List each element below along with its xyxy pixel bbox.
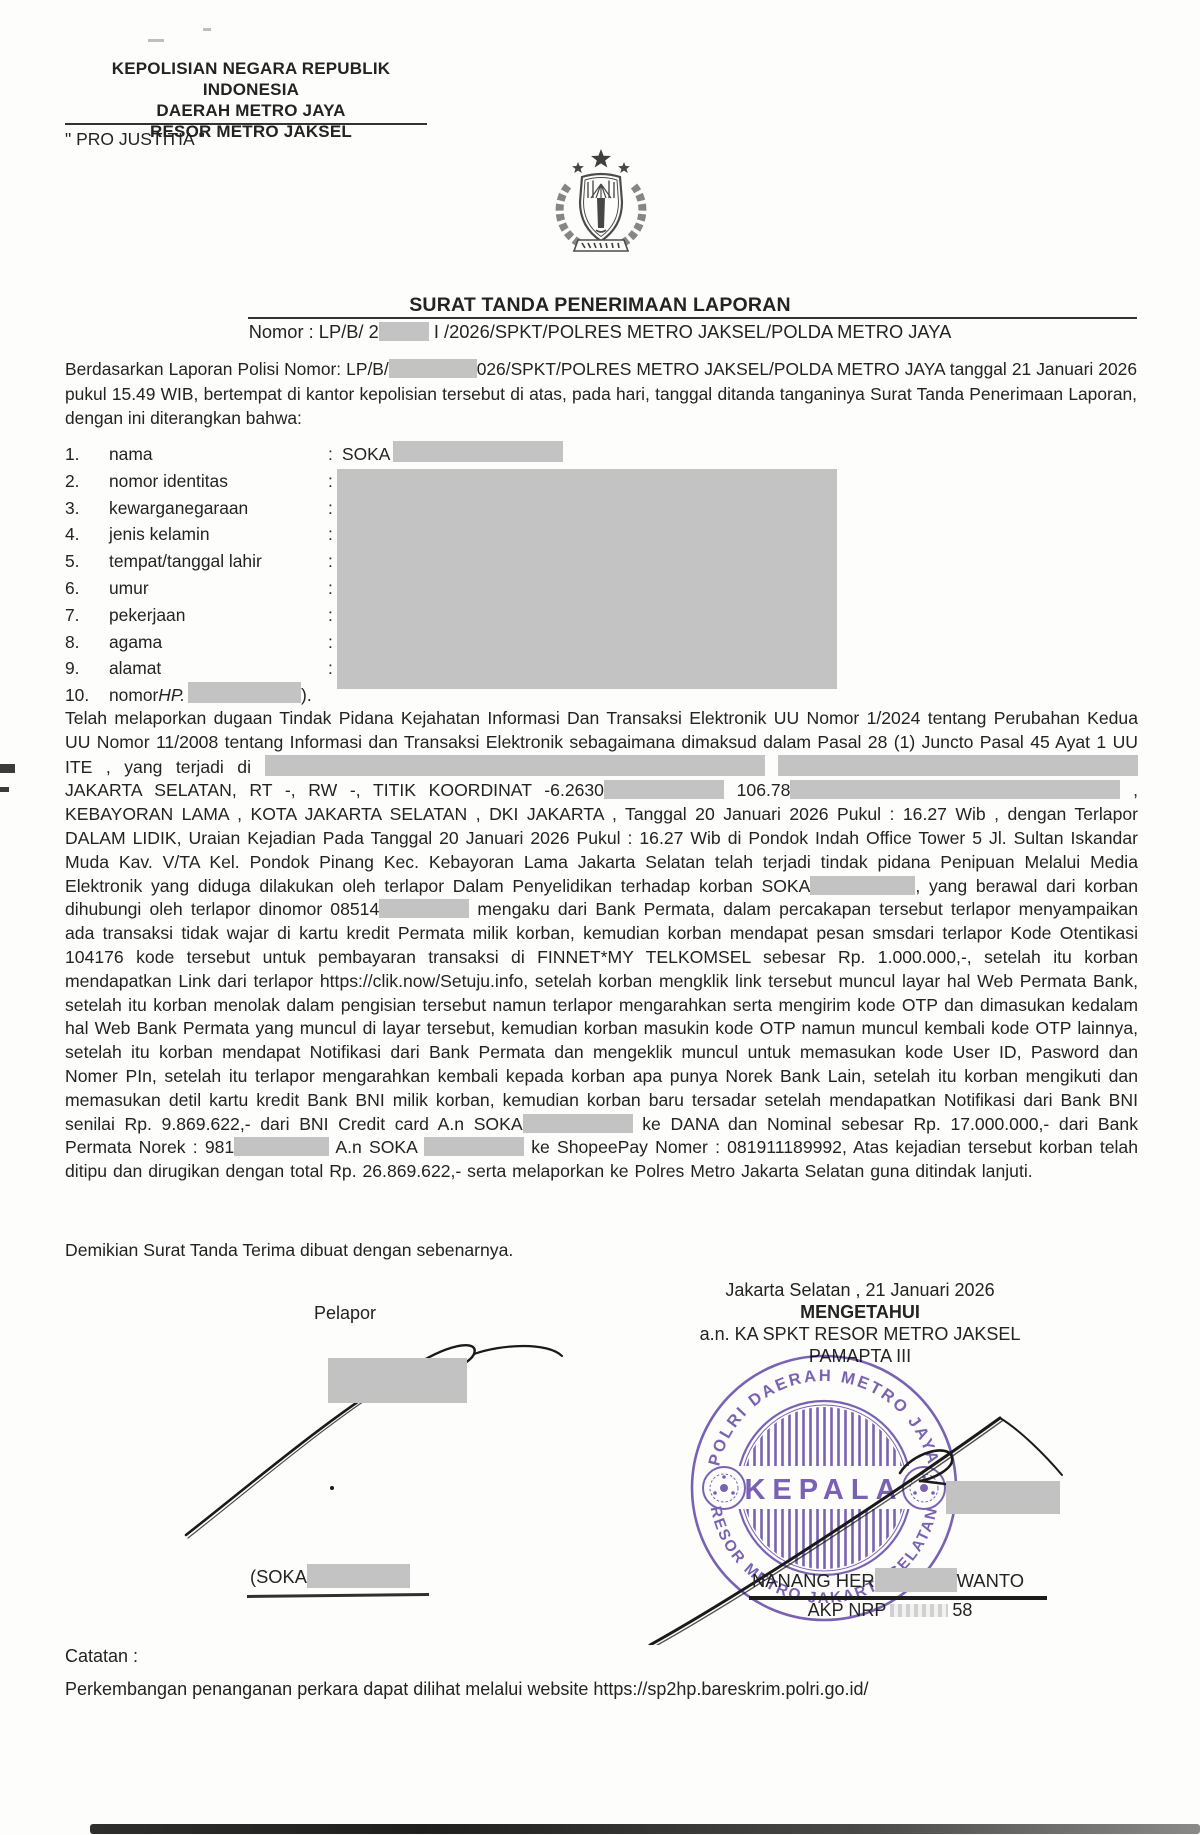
redaction-box xyxy=(265,755,765,776)
redaction-box xyxy=(875,1568,957,1592)
redaction-box xyxy=(234,1137,329,1156)
redaction-box xyxy=(389,359,477,378)
official-capacity-line: a.n. KA SPKT RESOR METRO JAKSEL xyxy=(600,1324,1120,1345)
redaction-box xyxy=(946,1481,1060,1514)
scan-artifact-bar xyxy=(90,1824,1200,1834)
redaction-box xyxy=(790,780,1120,799)
faded-nrp-digits xyxy=(890,1604,948,1617)
police-emblem xyxy=(538,146,664,258)
intro-paragraph: Berdasarkan Laporan Polisi Nomor: LP/B/0… xyxy=(65,357,1137,431)
place-date: Jakarta Selatan , 21 Januari 2026 xyxy=(600,1280,1120,1301)
redaction-box xyxy=(424,1137,524,1156)
scan-speck xyxy=(203,28,211,31)
scan-edge-mark xyxy=(0,787,9,792)
identity-row: 10.nomor HP.). xyxy=(65,682,1137,709)
title-underline xyxy=(248,317,1137,319)
body-paragraph: Telah melaporkan dugaan Tindak Pidana Ke… xyxy=(65,707,1138,1184)
pelapor-label: Pelapor xyxy=(230,1303,460,1324)
document-number: Nomor : LP/B/ 2 I /2026/SPKT/POLRES METR… xyxy=(0,321,1200,343)
catatan-label: Catatan : xyxy=(65,1646,138,1667)
scan-speck xyxy=(148,39,164,42)
scan-edge-mark xyxy=(0,764,15,773)
letterhead-line1: KEPOLISIAN NEGARA REPUBLIK INDONESIA xyxy=(65,58,437,100)
closing-line: Demikian Surat Tanda Terima dibuat denga… xyxy=(65,1240,513,1261)
identity-row: 8.agama: xyxy=(65,629,1137,656)
identity-row: 5.tempat/tanggal lahir: xyxy=(65,548,1137,575)
identity-list: 1.nama: SOKA2.nomor identitas:3.kewargan… xyxy=(65,441,1137,709)
officer-name: NANANG HERWANTO xyxy=(752,1568,1024,1592)
identity-row: 2.nomor identitas: xyxy=(65,468,1137,495)
redaction-box xyxy=(307,1564,410,1588)
identity-row: 4.jenis kelamin: xyxy=(65,521,1137,548)
identity-row: 1.nama: SOKA xyxy=(65,441,1137,468)
identity-row: 6.umur: xyxy=(65,575,1137,602)
pro-justitia-motto: " PRO JUSTITIA " xyxy=(65,129,205,150)
redaction-box xyxy=(778,755,1138,776)
star-icon xyxy=(591,149,611,168)
identity-row: 3.kewarganegaraan: xyxy=(65,495,1137,522)
redaction-box xyxy=(379,899,469,918)
document-title: SURAT TANDA PENERIMAAN LAPORAN xyxy=(0,294,1200,317)
identity-row: 7.pekerjaan: xyxy=(65,602,1137,629)
star-icon xyxy=(572,162,584,173)
redaction-box xyxy=(523,1114,633,1133)
redaction-box xyxy=(393,441,563,462)
officer-rank-line: AKP NRP58 xyxy=(762,1600,1018,1621)
redaction-box xyxy=(328,1358,467,1403)
redaction-box xyxy=(810,876,915,895)
redaction-box xyxy=(604,780,724,799)
letterhead-divider xyxy=(65,123,427,125)
letterhead-line2: DAERAH METRO JAYA xyxy=(65,100,437,121)
star-icon xyxy=(618,162,630,173)
catatan-text: Perkembangan penanganan perkara dapat di… xyxy=(65,1679,869,1700)
redaction-box xyxy=(379,322,429,341)
mengetahui-label: MENGETAHUI xyxy=(600,1302,1120,1323)
redaction-box xyxy=(188,682,301,703)
pelapor-name: (SOKA xyxy=(250,1564,410,1588)
identity-row: 9.alamat: xyxy=(65,655,1137,682)
officer-name-underline xyxy=(749,1596,1047,1600)
document-page: KEPOLISIAN NEGARA REPUBLIK INDONESIA DAE… xyxy=(0,0,1200,1835)
